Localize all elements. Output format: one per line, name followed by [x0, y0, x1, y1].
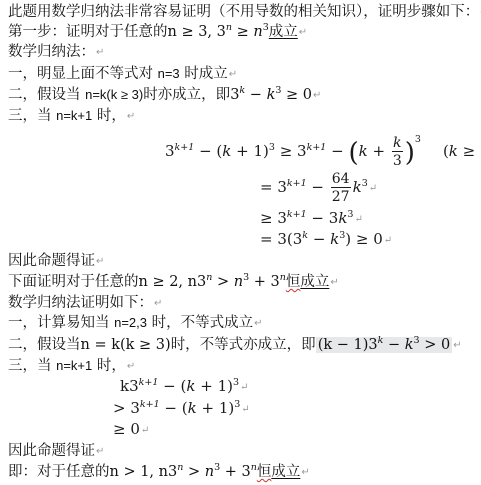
paragraph-mark-icon: ↵: [96, 256, 104, 267]
paragraph-mark-icon: ↵: [330, 277, 338, 288]
step1-suffix: 成立: [269, 24, 298, 40]
step1-math: n ≥ 3, 3n ≥ n3: [168, 24, 269, 40]
step-two-math: 3k − k3 ≥ 0: [230, 87, 312, 103]
intro-text: 此题用数学归纳法非常容易证明（不用导数的相关知识），证明步骤如下：: [8, 4, 479, 20]
step-three-value: n=k+1: [56, 108, 92, 123]
paragraph-mark-icon: ↵: [229, 69, 237, 80]
part2-step-one-line: 一，计算易知当 n=2,3 时，不等式成立↵: [8, 313, 263, 333]
equation-row-1: 3k+1 − (k + 1)3 ≥ 3k+1 − (k + k3)3(k ≥ 3…: [165, 136, 481, 168]
step-one-value: n=3: [158, 66, 180, 81]
fraction-64-over-27: 6427: [331, 172, 351, 204]
part2-step-three-line: 三，当 n=k+1 时，↵: [8, 356, 135, 376]
final-math: n > 1, n3n > n3 + 3n: [110, 464, 257, 480]
part2-prefix: 下面证明对于任意的: [8, 274, 139, 290]
part2-statement-line: 下面证明对于任意的n ≥ 2, n3n > n3 + 3n恒成立↵: [8, 272, 339, 292]
paragraph-mark-icon: ↵: [96, 446, 104, 457]
part2-heading-line: 数学归纳法证明如下：↵: [8, 293, 162, 313]
part2-math: n ≥ 2, n3n > n3 + 3n: [139, 274, 286, 290]
step-two-text: 二，假设当: [8, 87, 85, 103]
fraction-k-over-3: k3: [392, 136, 403, 168]
final-statement-line: 即：对于任意的n > 1, n3n > n3 + 3n恒成立↵: [8, 462, 310, 482]
paragraph-mark-icon: ↵: [254, 318, 262, 329]
paragraph-mark-icon: ↵: [354, 214, 362, 225]
paragraph-mark-icon: ↵: [96, 47, 104, 58]
step-two-line: 二，假设当 n=k(k ≥ 3)时亦成立，即3k − k3 ≥ 0↵: [8, 85, 321, 105]
paragraph-mark-icon: ↵: [127, 361, 135, 372]
paragraph-mark-icon: ↵: [154, 298, 162, 309]
step-one-text: 一，明显上面不等式对: [8, 66, 158, 82]
step1-line: 第一步：证明对于任意的n ≥ 3, 3n ≥ n3成立↵: [8, 22, 307, 42]
step-two-value: n=k(k ≥ 3): [85, 87, 143, 102]
equation-row-2: = 3k+1 − 6427k3↵: [260, 172, 377, 204]
equation-row-4: = 3(3k − k3) ≥ 0↵: [260, 228, 392, 252]
equation2-row-3: ≥ 0↵: [113, 418, 149, 442]
paragraph-mark-icon: ↵: [313, 90, 321, 101]
step-three-line: 三，当 n=k+1 时，↵: [8, 106, 135, 126]
step-one-line: 一，明显上面不等式对 n=3 时成立↵: [8, 64, 237, 84]
step-one-suffix: 时成立: [180, 66, 228, 82]
paragraph-mark-icon: ↵: [241, 404, 249, 415]
part2-heading: 数学归纳法证明如下：: [8, 295, 153, 311]
paragraph-mark-icon: ↵: [299, 27, 307, 38]
step-three-text: 三，当: [8, 108, 56, 124]
spellcheck-underlined-word: 恒: [286, 274, 301, 290]
induction-heading-line: 数学归纳法：↵: [8, 42, 104, 62]
step1-prefix: 第一步：证明对于任意的: [8, 24, 168, 40]
final-suffix: 成立: [271, 464, 300, 480]
conclusion-2: 因此命题得证: [8, 443, 95, 459]
final-prefix: 即：对于任意的: [8, 464, 110, 480]
induction-heading: 数学归纳法：: [8, 44, 95, 60]
paragraph-mark-icon: ↵: [301, 467, 309, 478]
step-two-mid: 时亦成立，即: [143, 87, 230, 103]
intro-line: 此题用数学归纳法非常容易证明（不用导数的相关知识），证明步骤如下：↵: [8, 2, 481, 22]
paragraph-mark-icon: ↵: [384, 235, 392, 246]
paragraph-mark-icon: ↵: [240, 382, 248, 393]
part2-step-two-line: 二，假设当n = k(k ≥ 3)时，不等式亦成立，即(k − 1)3k − k…: [8, 335, 462, 355]
equation2-row-1: k3k+1 − (k + 1)3↵: [120, 375, 248, 399]
paragraph-mark-icon: ↵: [141, 425, 149, 436]
conclusion-2-line: 因此命题得证↵: [8, 441, 104, 461]
conclusion-1: 因此命题得证: [8, 253, 95, 269]
paragraph-mark-icon: ↵: [453, 340, 461, 351]
part2-suffix: 成立: [300, 274, 329, 290]
paragraph-mark-icon: ↵: [369, 183, 377, 194]
spellcheck-underlined-word: 恒: [257, 464, 272, 480]
conclusion-1-line: 因此命题得证↵: [8, 251, 104, 271]
highlighted-equation: (k − 1)3k − k3 > 0: [316, 337, 453, 353]
step-three-suffix: 时，: [92, 108, 126, 124]
paragraph-mark-icon: ↵: [127, 111, 135, 122]
